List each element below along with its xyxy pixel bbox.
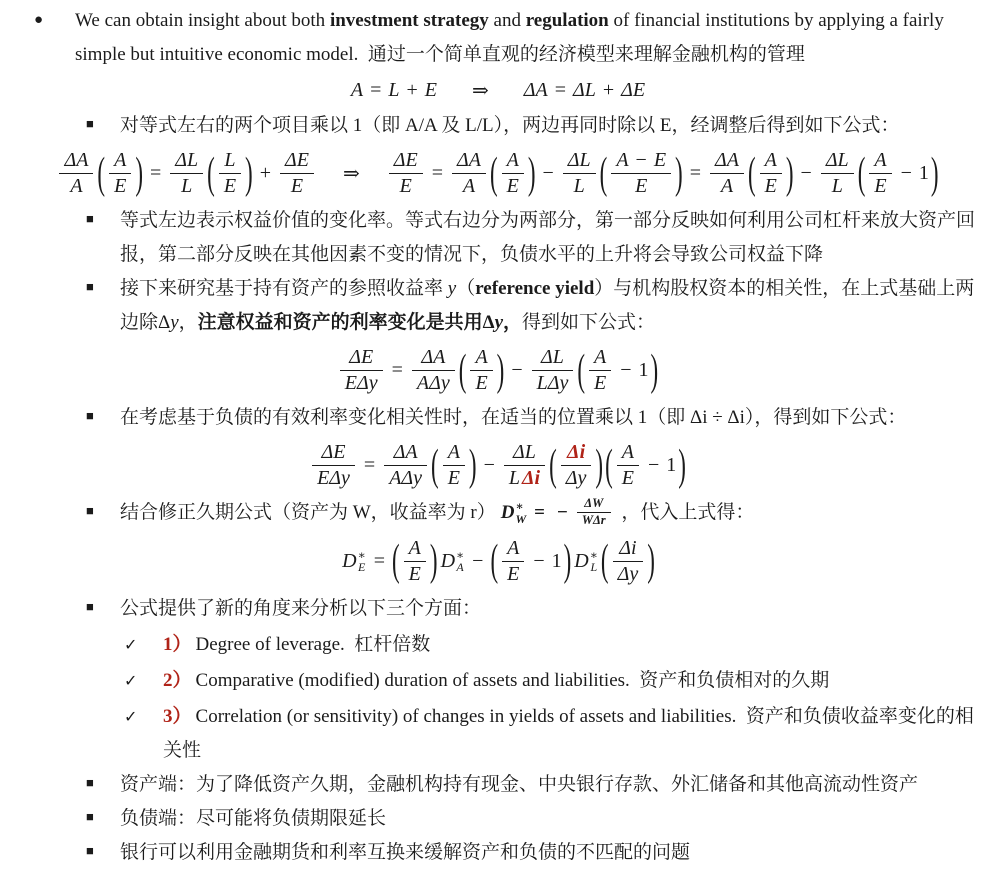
fraction-denominator: WΔr [577,513,611,528]
bullet-text: 3）Correlation (or sensitivity) of change… [163,706,974,761]
bullet-text: 等式左边表示权益价值的变化率。等式右边分为两部分，第一部分反映如何利用公司杠杆来… [120,210,975,265]
text-run: investment strategy [330,10,489,31]
math-symbol: E [507,175,519,198]
square-bullet-icon: ■ [86,800,94,834]
fraction-denominator: L [170,174,203,198]
fraction: ΔLL [563,149,596,198]
math-symbol: ΔE [621,79,645,102]
fraction-denominator: E [389,174,423,198]
formula: A=L+E⇒ΔA=ΔL+ΔE [0,78,996,103]
math-symbol: ⇒ [472,78,489,103]
math-symbol: ΔE [285,149,309,172]
fraction-denominator: E [443,466,465,490]
formula: ΔEEΔy=ΔAAΔy(AE)−ΔLLΔy(AE−1) [0,346,996,395]
formula-body: ΔAA(AE)=ΔLL(LE)+ΔEE⇒ΔEE=ΔAA(AE)−ΔLL(A−EE… [56,149,939,198]
square-bullet-icon: ■ [86,399,94,433]
math-symbol: − [801,162,812,185]
fraction-denominator: E [502,562,524,586]
fraction: AE [589,346,611,395]
bullet-text: 负债端：尽可能将负债期限延长 [120,808,386,829]
fraction-denominator: AΔy [384,466,427,490]
math-symbol: A [475,346,487,369]
text-run: 得到如下公式： [522,312,655,333]
fraction: ΔAA [59,149,93,198]
fraction-denominator: E [617,466,639,490]
math-symbol: L [224,149,235,172]
fraction: ΔEE [280,149,314,198]
math-symbol: − [472,550,483,573]
math-symbol: − [511,359,522,382]
formula: D∗E=(AE)D∗A−(AE−1)D∗L(ΔiΔy) [0,537,996,586]
math-symbol: ΔL [826,149,849,172]
check-bullet-icon: ✓ [124,700,137,734]
text-run: We can obtain insight about both [75,10,330,31]
fraction-numerator: ΔW [577,497,611,513]
math-symbol: A [622,441,634,464]
fraction: AE [502,537,524,586]
math-symbol: ΔA [421,346,445,369]
math-symbol: E [622,467,634,490]
math-symbol: − [543,162,554,185]
math-symbol: AΔy [389,467,422,490]
right-paren: ) [595,440,603,491]
math-symbol: − [620,359,631,382]
math-symbol: E [765,175,777,198]
fraction-denominator: Δy [561,466,592,490]
bullet-item: ■等式左边表示权益价值的变化率。等式右边分为两部分，第一部分反映如何利用公司杠杆… [0,204,996,272]
fraction-denominator: LΔy [532,371,574,395]
math-symbol: A [507,149,519,172]
bullet-text: 在考虑基于负债的有效利率变化相关性时，在适当的位置乘以 1（即 Δi ÷ Δi）… [120,407,906,428]
formula-body: D∗E=(AE)D∗A−(AE−1)D∗L(ΔiΔy) [340,537,656,586]
fraction-numerator: ΔA [59,149,93,174]
script-stack: ∗E [358,549,366,574]
fraction: ΔiΔy [613,537,644,586]
math-symbol: − [484,454,495,477]
math-symbol: ⇒ [343,161,360,186]
formula-body: A=L+E⇒ΔA=ΔL+ΔE [350,78,646,103]
fraction: ΔWWΔr [577,497,611,528]
math-symbol: E [654,149,666,172]
math-symbol: − [901,162,912,185]
math-symbol: E [114,175,126,198]
bullet-text: We can obtain insight about both investm… [75,10,944,65]
fraction-denominator: E [470,371,492,395]
math-symbol: = [392,359,403,382]
fraction: AE [617,441,639,490]
math-symbol: A [409,537,421,560]
fraction: LE [219,149,241,198]
bullet-item: ■负债端：尽可能将负债期限延长 [0,802,996,836]
document-content: ●We can obtain insight about both invest… [0,4,996,870]
math-symbol: D [574,550,588,573]
square-bullet-icon: ■ [86,766,94,800]
item-number: 3） [163,706,192,727]
fraction: AE [404,537,426,586]
fraction-denominator: EΔy [312,466,355,490]
math-symbol: − [648,454,659,477]
fraction-denominator: L [563,174,596,198]
math-symbol: A [448,441,460,464]
math-symbol: − [533,550,544,573]
math-symbol: D [342,550,356,573]
script-stack: ∗W [516,500,527,525]
math-symbol: ΔE [394,149,418,172]
text-run: 注意权益和资产的利率变化是共用Δ [198,312,495,333]
script-stack: ∗L [590,549,598,574]
math-symbol: 1 [666,454,676,477]
bullet-item: ■接下来研究基于持有资产的参照收益率 y（reference yield）与机构… [0,272,996,340]
text-run: ， [179,312,198,333]
subscript: W [516,513,527,526]
fraction: ΔAA [452,149,486,198]
fraction: ΔAAΔy [384,441,427,490]
bullet-item: ■对等式左右的两个项目乘以 1（即 A/A 及 L/L），两边再同时除以 E，经… [0,109,996,143]
bullet-item: ■银行可以利用金融期货和利率互换来缓解资产和负债的不匹配的问题 [0,836,996,870]
fraction: ΔLL [821,149,854,198]
math-symbol: Δi [619,537,636,560]
right-paren: ) [135,148,143,199]
bullet-text: 银行可以利用金融期货和利率互换来缓解资产和负债的不匹配的问题 [120,842,690,863]
subscript: L [590,561,598,574]
fraction-denominator: E [109,174,131,198]
check-bullet-icon: ✓ [124,664,137,698]
right-paren: ) [647,536,655,587]
math-symbol: E [475,372,487,395]
bullet-text: 2）Comparative (modified) duration of ass… [163,670,829,691]
bullet-item: ✓1）Degree of leverage. 杠杆倍数 [0,628,996,662]
fraction-denominator: A [59,174,93,198]
math-symbol: A [765,149,777,172]
math-symbol: E [224,175,236,198]
text-run: 接下来研究基于持有资产的参照收益率 [120,278,448,299]
math-symbol: − [557,496,568,530]
text-run: ， [503,312,522,333]
math-symbol: L [574,175,585,198]
fraction: ΔLL [170,149,203,198]
math-symbol: A [594,346,606,369]
check-bullet-icon: ✓ [124,628,137,662]
fraction: ΔiΔy [561,441,592,490]
fraction-denominator: E [219,174,241,198]
fraction-numerator: A [502,537,524,562]
fraction-numerator: A [443,441,465,466]
superscript: ∗ [516,500,527,513]
right-paren: ) [675,148,683,199]
bullet-item: ✓2）Comparative (modified) duration of as… [0,664,996,698]
bullet-item: ■资产端：为了降低资产久期，金融机构持有现金、中央银行存款、外汇储备和其他高流动… [0,768,996,802]
text-run: 在考虑基于负债的有效利率变化相关性时，在适当的位置乘以 1（即 Δi ÷ Δi）… [120,407,906,428]
fraction-denominator: E [869,174,891,198]
fraction-denominator: E [502,174,524,198]
fraction-numerator: ΔE [312,441,355,466]
math-symbol: ΔE [349,346,373,369]
left-paren: ( [392,536,400,587]
subscript: A [456,561,464,574]
text-run: Comparative (modified) duration of asset… [196,670,830,691]
fraction-numerator: L [219,149,241,174]
right-paren: ) [430,536,438,587]
math-symbol: Δy [618,563,639,586]
math-symbol: ΔA [394,441,418,464]
left-paren: ( [97,148,105,199]
fraction-numerator: A [470,346,492,371]
text-run: 资产端：为了降低资产久期，金融机构持有现金、中央银行存款、外汇储备和其他高流动性… [120,774,918,795]
fraction: AE [443,441,465,490]
inline-formula: D∗W=−ΔWWΔr [499,496,614,530]
bullet-text: 结合修正久期公式（资产为 W，收益率为 r）D∗W=−ΔWWΔr ，代入上式得： [120,502,754,523]
fraction-denominator: A [452,174,486,198]
math-symbol: E [635,175,647,198]
fraction: AE [760,149,782,198]
bullet-text: 1）Degree of leverage. 杠杆倍数 [163,634,430,655]
script-stack: ∗A [456,549,464,574]
bullet-item: ■公式提供了新的角度来分析以下三个方面： [0,592,996,626]
math-symbol: EΔy [317,467,350,490]
left-paren: ( [600,148,608,199]
math-symbol: = [150,162,161,185]
fraction: ΔLLΔy [532,346,574,395]
sub-sup-symbol: D∗W [501,496,526,530]
right-paren: ) [678,440,686,491]
fraction-numerator: ΔE [340,346,383,371]
formula-body: ΔEEΔy=ΔAAΔy(AE)−ΔLLΔy(AE−1) [337,346,659,395]
document-page: ●We can obtain insight about both invest… [0,0,996,893]
text-run: 对等式左右的两个项目乘以 1（即 A/A 及 L/L），两边再同时除以 E，经调… [120,115,900,136]
text-run: 结合修正久期公式（资产为 W，收益率为 r） [120,502,496,523]
math-symbol: ΔL [573,79,596,102]
math-symbol: Δy [566,467,587,490]
sub-sup-symbol: D∗A [441,549,465,574]
fraction-denominator: E [589,371,611,395]
right-paren: ) [469,440,477,491]
math-symbol: E [874,175,886,198]
fraction-denominator: AΔy [412,371,455,395]
text-run: Correlation (or sensitivity) of changes … [163,706,974,761]
left-paren: ( [431,440,439,491]
fraction: AE [869,149,891,198]
math-symbol: ΔW [584,497,603,511]
math-symbol: L [388,79,399,102]
right-paren: ) [931,148,939,199]
right-paren: ) [564,536,572,587]
math-symbol: ΔA [457,149,481,172]
fraction-denominator: E [760,174,782,198]
text-run: regulation [526,10,609,31]
text-run: y [170,312,178,333]
square-bullet-icon: ■ [86,494,94,528]
fraction: ΔEEΔy [340,346,383,395]
right-paren: ) [497,345,505,396]
math-symbol: = [690,162,701,185]
formula: ΔEEΔy=ΔAAΔy(AE)−ΔLLΔi(ΔiΔy)(AE−1) [0,441,996,490]
math-symbol: D [501,496,515,530]
fraction-numerator: A [502,149,524,174]
fraction-numerator: A [760,149,782,174]
math-symbol: + [260,162,271,185]
fraction-numerator: A [589,346,611,371]
fraction-numerator: A [869,149,891,174]
math-symbol: = [370,79,381,102]
fraction-numerator: ΔE [280,149,314,174]
sub-sup-symbol: D∗L [574,549,598,574]
left-paren: ( [748,148,756,199]
left-paren: ( [490,148,498,199]
fraction-numerator: ΔL [821,149,854,174]
fraction-denominator: E [404,562,426,586]
math-symbol: LΔy [537,372,569,395]
math-symbol: E [425,79,437,102]
text-run: 等式左边表示权益价值的变化率。等式右边分为两部分，第一部分反映如何利用公司杠杆来… [120,210,975,265]
fraction-numerator: ΔL [563,149,596,174]
right-paren: ) [528,148,536,199]
fraction: ΔEEΔy [312,441,355,490]
bullet-item: ●We can obtain insight about both invest… [0,4,996,72]
left-paren: ( [601,536,609,587]
square-bullet-icon: ■ [86,590,94,624]
math-symbol: A [721,175,733,198]
disc-bullet-icon: ● [34,3,43,37]
fraction-denominator: A [710,174,744,198]
fraction-numerator: A [404,537,426,562]
left-paren: ( [490,536,498,587]
fraction-denominator: Δy [613,562,644,586]
math-symbol: A [70,175,82,198]
math-symbol: A [507,537,519,560]
fraction-denominator: E [280,174,314,198]
bullet-text: 接下来研究基于持有资产的参照收益率 y（reference yield）与机构股… [120,278,974,333]
bullet-item: ■结合修正久期公式（资产为 W，收益率为 r）D∗W=−ΔWWΔr ，代入上式得… [0,496,996,531]
math-symbol: WΔr [582,514,606,528]
math-symbol: E [594,372,606,395]
left-paren: ( [459,345,467,396]
text-run: reference yield [475,278,594,299]
sub-sup-symbol: D∗E [342,549,366,574]
fraction-numerator: ΔA [452,149,486,174]
fraction-numerator: ΔE [389,149,423,174]
text-run: and [489,10,526,31]
square-bullet-icon: ■ [86,270,94,304]
text-run: 负债端：尽可能将负债期限延长 [120,808,386,829]
fraction: A−EE [611,149,671,198]
math-symbol: ΔL [175,149,198,172]
math-symbol: ΔL [568,149,591,172]
square-bullet-icon: ■ [86,107,94,141]
right-paren: ) [651,345,659,396]
math-symbol: A [616,149,628,172]
math-symbol: = [374,550,385,573]
fraction-denominator: EΔy [340,371,383,395]
fraction-numerator: A [617,441,639,466]
square-bullet-icon: ■ [86,202,94,236]
math-symbol: ΔE [322,441,346,464]
text-run: ，代入上式得： [617,502,755,523]
left-paren: ( [858,148,866,199]
fraction-numerator: Δi [613,537,644,562]
fraction: ΔAAΔy [412,346,455,395]
fraction-numerator: A−E [611,149,671,174]
math-symbol: L [181,175,192,198]
text-run: 银行可以利用金融期货和利率互换来缓解资产和负债的不匹配的问题 [120,842,690,863]
math-symbol: Δi [522,467,540,490]
fraction: AE [502,149,524,198]
math-symbol: + [406,79,417,102]
square-bullet-icon: ■ [86,834,94,868]
math-symbol: A [463,175,475,198]
math-symbol: L [832,175,843,198]
math-symbol: A [351,79,363,102]
text-run: 公式提供了新的角度来分析以下三个方面： [120,598,481,619]
fraction: AE [109,149,131,198]
math-symbol: Δi [567,441,585,464]
item-number: 2） [163,670,192,691]
bullet-item: ✓3）Correlation (or sensitivity) of chang… [0,700,996,768]
math-symbol: D [441,550,455,573]
text-run: y [495,312,503,333]
fraction-numerator: ΔL [170,149,203,174]
bullet-text: 对等式左右的两个项目乘以 1（即 A/A 及 L/L），两边再同时除以 E，经调… [120,115,900,136]
fraction: ΔAA [710,149,744,198]
math-symbol: = [534,496,545,530]
math-symbol: E [507,563,519,586]
fraction-numerator: ΔA [412,346,455,371]
math-symbol: = [555,79,566,102]
math-symbol: EΔy [345,372,378,395]
fraction-numerator: A [109,149,131,174]
text-run: y [448,278,456,299]
fraction-numerator: ΔL [532,346,574,371]
formula: ΔAA(AE)=ΔLL(LE)+ΔEE⇒ΔEE=ΔAA(AE)−ΔLL(A−EE… [0,149,996,198]
fraction: ΔEE [389,149,423,198]
math-symbol: ΔA [715,149,739,172]
text-run: （ [456,278,475,299]
math-symbol: 1 [552,550,562,573]
math-symbol: A [114,149,126,172]
math-symbol: E [400,175,412,198]
fraction: AE [470,346,492,395]
math-symbol: 1 [919,162,929,185]
fraction-numerator: ΔA [710,149,744,174]
left-paren: ( [605,440,613,491]
math-symbol: − [636,149,647,172]
right-paren: ) [786,148,794,199]
item-number: 1） [163,634,192,655]
text-run: Degree of leverage. 杠杆倍数 [196,634,431,655]
math-symbol: ΔA [64,149,88,172]
fraction-numerator: ΔA [384,441,427,466]
math-symbol: + [603,79,614,102]
math-symbol: A [874,149,886,172]
math-symbol: 1 [639,359,649,382]
bullet-text: 资产端：为了降低资产久期，金融机构持有现金、中央银行存款、外汇储备和其他高流动性… [120,774,918,795]
math-symbol: E [409,563,421,586]
bullet-text: 公式提供了新的角度来分析以下三个方面： [120,598,481,619]
bullet-item: ■在考虑基于负债的有效利率变化相关性时，在适当的位置乘以 1（即 Δi ÷ Δi… [0,401,996,435]
math-symbol: = [432,162,443,185]
fraction-numerator: ΔL [504,441,545,466]
right-paren: ) [245,148,253,199]
math-symbol: ΔL [541,346,564,369]
subscript: E [358,561,366,574]
fraction-numerator: Δi [561,441,592,466]
left-paren: ( [549,440,557,491]
math-symbol: AΔy [417,372,450,395]
fraction-denominator: L [821,174,854,198]
fraction-denominator: E [611,174,671,198]
math-symbol: ΔL [513,441,536,464]
formula-body: ΔEEΔy=ΔAAΔy(AE)−ΔLLΔi(ΔiΔy)(AE−1) [309,441,687,490]
left-paren: ( [207,148,215,199]
